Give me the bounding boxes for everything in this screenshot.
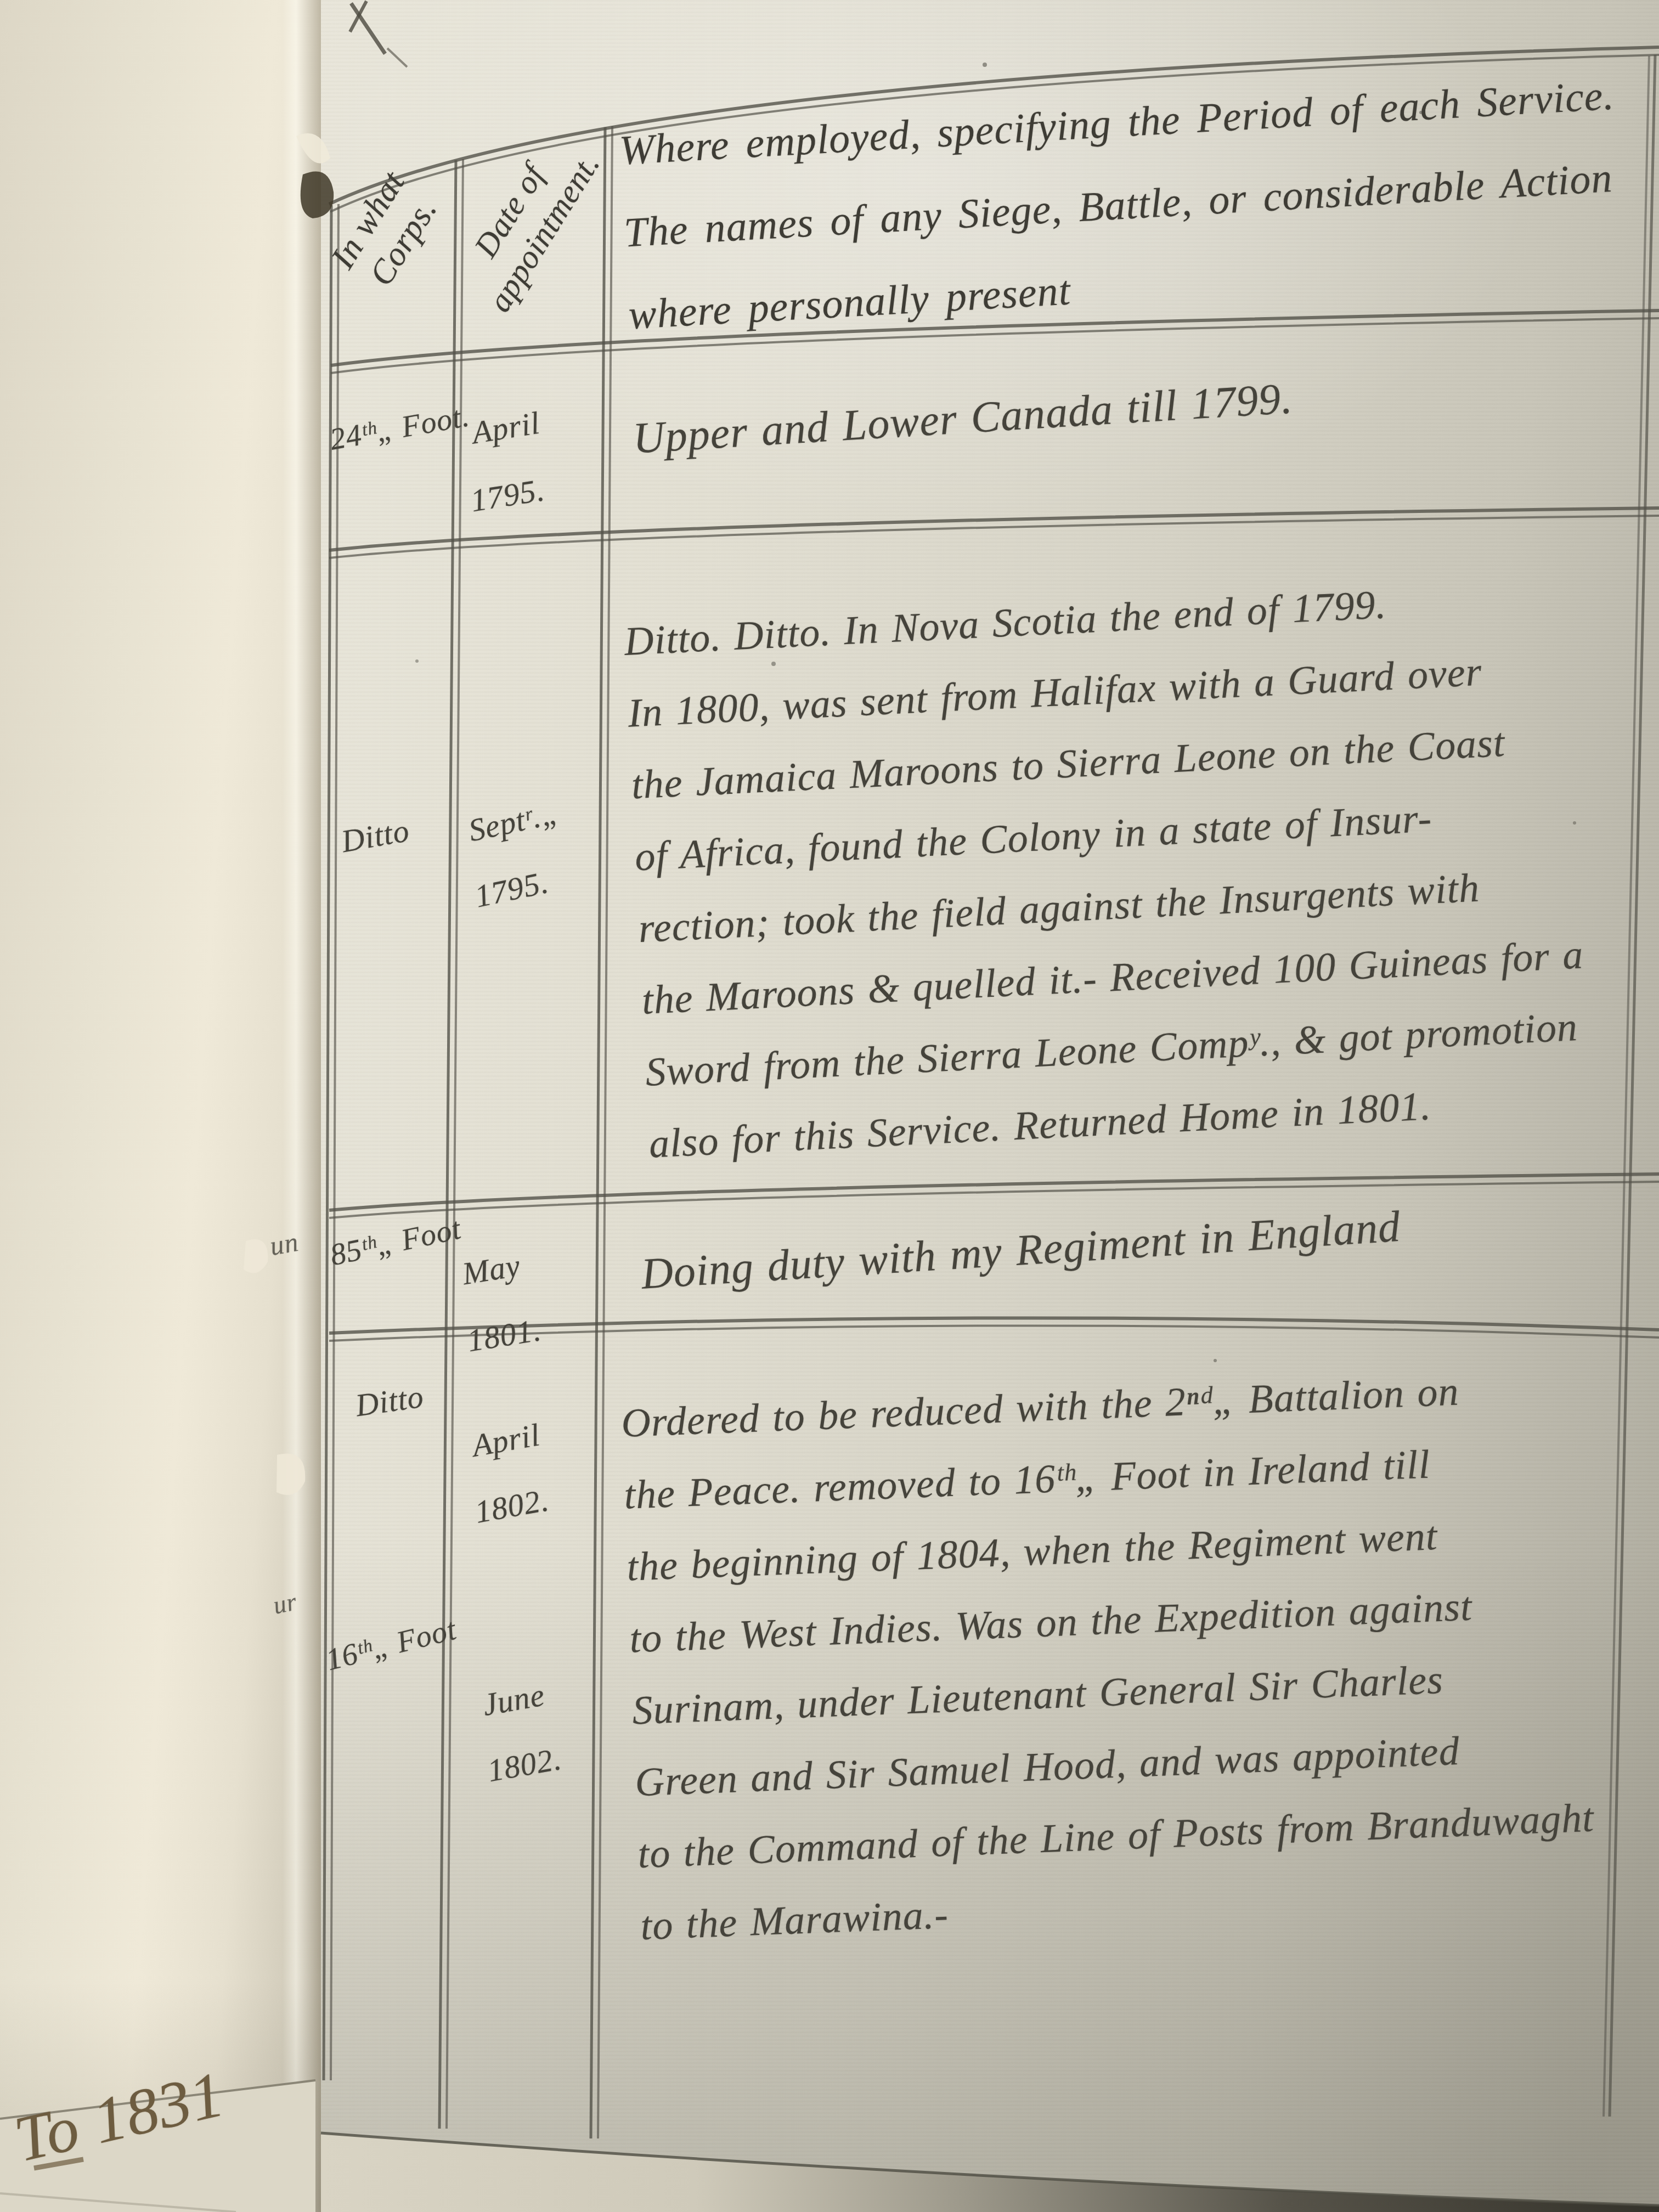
service-cell: Ordered to be reduced with the 2ⁿᵈ„ Batt…	[620, 1351, 1598, 1962]
date-year: 1795.	[466, 456, 556, 534]
date-month: April	[458, 1402, 545, 1481]
date-month: May	[452, 1231, 536, 1308]
margin-fragment: un	[267, 1226, 301, 1262]
service-cell: Ditto. Ditto. In Nova Scotia the end of …	[623, 560, 1592, 1181]
cut-off-pen-strokes	[350, 1, 407, 67]
under-page-bottom	[0, 2080, 1659, 2212]
torn-paper-spots	[244, 133, 334, 1495]
date-year: 1801.	[462, 1296, 546, 1374]
date-year: 1802.	[470, 1467, 557, 1545]
date-month: June	[471, 1661, 555, 1739]
record-photo: In what Corps. Date of appointment. Wher…	[0, 0, 1659, 2212]
date-month: April	[455, 390, 545, 468]
date-year: 1802.	[482, 1726, 567, 1804]
